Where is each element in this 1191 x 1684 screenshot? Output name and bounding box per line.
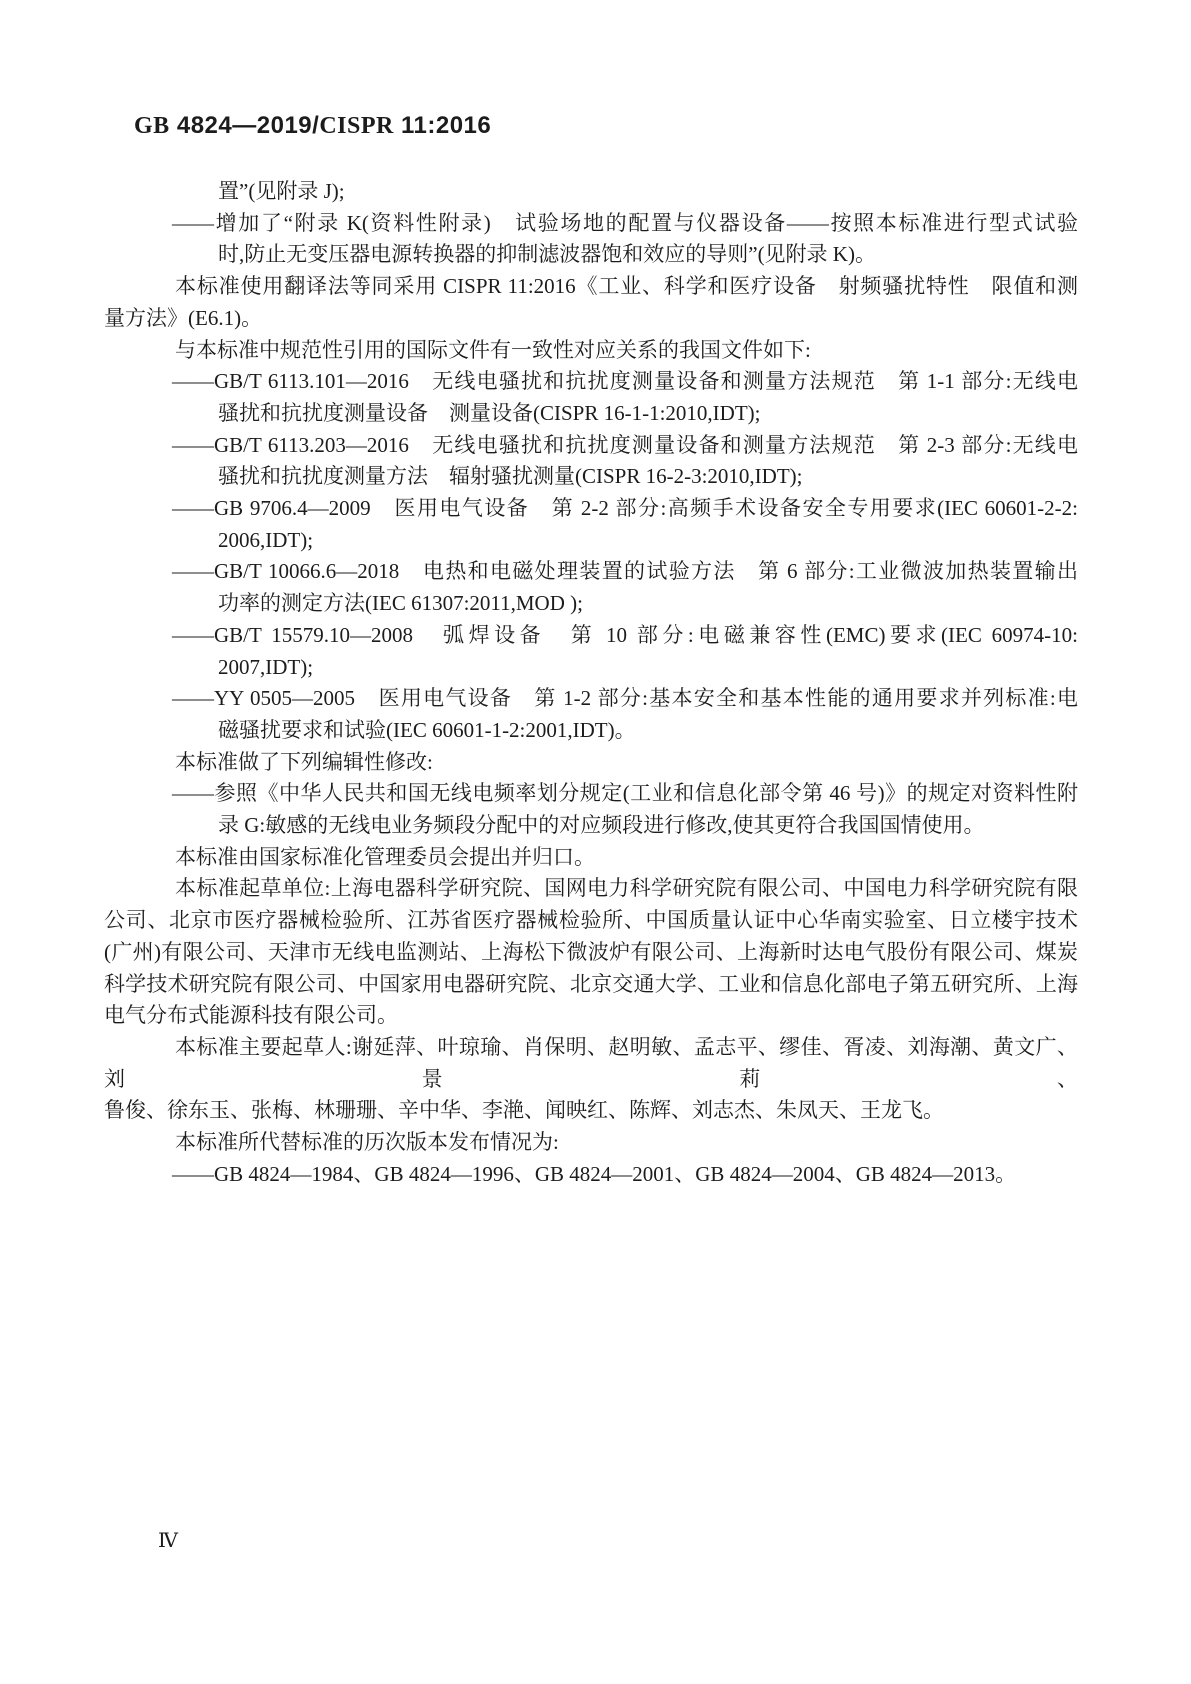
text-line: ——YY 0505—2005 医用电气设备 第 1-2 部分:基本安全和基本性能… [104,683,1078,715]
text-line: ——GB/T 6113.203—2016 无线电骚扰和抗扰度测量设备和测量方法规… [104,430,1078,462]
text-line: ——GB/T 6113.101—2016 无线电骚扰和抗扰度测量设备和测量方法规… [104,366,1078,398]
standard-number-gb-prefix: GB [134,113,170,139]
text-line: 鲁俊、徐东玉、张梅、林珊珊、辛中华、李滟、闻映红、陈辉、刘志杰、朱凤天、王龙飞。 [104,1095,1078,1127]
text-line: ——GB 4824—1984、GB 4824—1996、GB 4824—2001… [104,1159,1078,1191]
text-line: 功率的测定方法(IEC 61307:2011,MOD ); [104,588,1078,620]
text-line: 骚扰和抗扰度测量方法 辐射骚扰测量(CISPR 16-2-3:2010,IDT)… [104,461,1078,493]
page-number: Ⅳ [158,1528,178,1553]
body-text: 置”(见附录 J);——增加了“附录 K(资料性附录) 试验场地的配置与仪器设备… [104,176,1078,1191]
text-line: 2006,IDT); [104,525,1078,557]
standard-number: GB 4824—2019/CISPR 11:2016 [134,112,491,140]
standard-number-gb-digits: 4824—2019/ [170,112,320,139]
text-line: ——参照《中华人民共和国无线电频率划分规定(工业和信息化部令第 46 号)》的规… [104,778,1078,810]
standard-number-cispr-digits: 11:2016 [394,112,491,139]
text-line: ——GB/T 15579.10—2008 弧焊设备 第 10 部分:电磁兼容性(… [104,620,1078,652]
text-line: 本标准由国家标准化管理委员会提出并归口。 [104,842,1078,874]
text-line: 置”(见附录 J); [104,176,1078,208]
text-line: ——增加了“附录 K(资料性附录) 试验场地的配置与仪器设备——按照本标准进行型… [104,208,1078,240]
text-line: 本标准起草单位:上海电器科学研究院、国网电力科学研究院有限公司、中国电力科学研究… [104,873,1078,905]
text-line: 本标准所代替标准的历次版本发布情况为: [104,1127,1078,1159]
text-line: 本标准做了下列编辑性修改: [104,747,1078,779]
text-line: 电气分布式能源科技有限公司。 [104,1000,1078,1032]
text-line: 科学技术研究院有限公司、中国家用电器研究院、北京交通大学、工业和信息化部电子第五… [104,969,1078,1001]
text-line: 磁骚扰要求和试验(IEC 60601-1-2:2001,IDT)。 [104,715,1078,747]
text-line: 录 G:敏感的无线电业务频段分配中的对应频段进行修改,使其更符合我国国情使用。 [104,810,1078,842]
text-line: 本标准主要起草人:谢延萍、叶琼瑜、肖保明、赵明敏、孟志平、缪佳、胥凌、刘海潮、黄… [104,1032,1078,1095]
text-line: 量方法》(E6.1)。 [104,303,1078,335]
text-line: 与本标准中规范性引用的国际文件有一致性对应关系的我国文件如下: [104,335,1078,367]
text-line: ——GB 9706.4—2009 医用电气设备 第 2-2 部分:高频手术设备安… [104,493,1078,525]
text-line: 时,防止无变压器电源转换器的抑制滤波器饱和效应的导则”(见附录 K)。 [104,239,1078,271]
text-line: 本标准使用翻译法等同采用 CISPR 11:2016《工业、科学和医疗设备 射频… [104,271,1078,303]
document-page: GB 4824—2019/CISPR 11:2016 置”(见附录 J);——增… [0,0,1191,1684]
standard-number-cispr-prefix: CISPR [319,113,394,139]
text-line: 骚扰和抗扰度测量设备 测量设备(CISPR 16-1-1:2010,IDT); [104,398,1078,430]
text-line: 2007,IDT); [104,652,1078,684]
text-line: (广州)有限公司、天津市无线电监测站、上海松下微波炉有限公司、上海新时达电气股份… [104,937,1078,969]
text-line: 公司、北京市医疗器械检验所、江苏省医疗器械检验所、中国质量认证中心华南实验室、日… [104,905,1078,937]
text-line: ——GB/T 10066.6—2018 电热和电磁处理装置的试验方法 第 6 部… [104,556,1078,588]
